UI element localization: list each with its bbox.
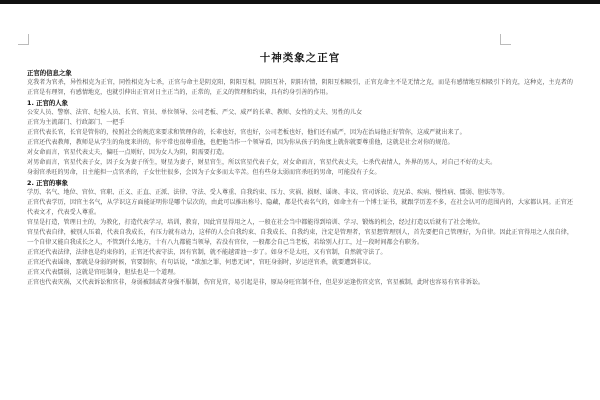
section-heading: 正官的信息之象 bbox=[27, 68, 573, 78]
paragraph: 正官代表长官，长官是管你的，按照社会的规范来要求和管理你的，长辈也好，官也好，公… bbox=[27, 128, 573, 138]
paragraph: 身弱官杀旺的男命，日主能担一点官杀的，子女往往很多，会因为子女多而太辛苦。但有些… bbox=[27, 168, 573, 178]
paragraph: 正官还代表谣谗，那就是身弱的时候，官要制你，有句话说，“欲加之罪，何患无词”，官… bbox=[27, 258, 573, 268]
section-info-image: 正官的信息之象 克我者为官杀，异性相克为正官，同性相克为七杀，正官与命主是阴克阳… bbox=[27, 68, 573, 98]
section-affairs-image: 2. 正官的事象 学历、名气、地位、官位、官职、正义、正直、正派、法律、守法、受… bbox=[27, 178, 573, 288]
paragraph: 对男命而言，官星代表子女，因子女为妻子所生，财星为妻子，财星官生，所以官星代表子… bbox=[27, 158, 573, 168]
paragraph: 正官又代表懦弱，这就是官旺制身，胆怯也是一个道理。 bbox=[27, 268, 573, 278]
page-corner-mark-top-left bbox=[18, 34, 29, 45]
paragraph: 克我者为官杀，异性相克为正官，同性相克为七杀，正官与命主是阴克阳，阴阳互相，阴阳… bbox=[27, 78, 573, 98]
document-page: 十神类象之正官 正官的信息之象 克我者为官杀，异性相克为正官，同性相克为七杀，正… bbox=[27, 50, 573, 288]
paragraph: 公安人员、警察、法官、纪检人员、长官、官员、单位领导、公司老板、严父、威严的长辈… bbox=[27, 108, 573, 118]
section-heading: 2. 正官的事象 bbox=[27, 178, 573, 188]
paragraph: 正官为主流部门、行政部门、一把手 bbox=[27, 118, 573, 128]
section-heading: 1. 正官的人象 bbox=[27, 98, 573, 108]
page-corner-mark-top-right bbox=[500, 34, 511, 45]
paragraph: 对女命而言，官星代表丈夫，偏旺一点则好，因为女人为阴，阴需要打造。 bbox=[27, 148, 573, 158]
paragraph: 学历、名气、地位、官位、官职、正义、正直、正派、法律、守法、受人尊重、自我约束、… bbox=[27, 188, 573, 198]
window-top-bar bbox=[0, 0, 600, 4]
paragraph: 正官代表学历，因官主名气，从学识这方面能证明你是哪个层次的，由此可以推出称号、隐… bbox=[27, 198, 573, 218]
paragraph: 官星是打造，管理日主的，为教化，打造代表学习，培训，教育，因此官星得用之人，一般… bbox=[27, 218, 573, 228]
paragraph: 正官还代表教师，教师是从学生的角度来讲的，你平常也很尊重他，也把他当作一个领导看… bbox=[27, 138, 573, 148]
paragraph: 正官也代表灾祸，又代表诉讼和官非，身弱被制或者身强不服制，伤官见官，易引起是非，… bbox=[27, 278, 573, 288]
section-people-image: 1. 正官的人象 公安人员、警察、法官、纪检人员、长官、官员、单位领导、公司老板… bbox=[27, 98, 573, 178]
paragraph: 官星代表自律，被别人压着，代表自我成长，有压力就有动力，这样的人会自我约束、自我… bbox=[27, 228, 573, 248]
document-title: 十神类象之正官 bbox=[27, 50, 573, 65]
paragraph: 正官还代表法律，法律也是约束你的，正官还代表守法，因有官制，就不能越雷池一步了。… bbox=[27, 248, 573, 258]
